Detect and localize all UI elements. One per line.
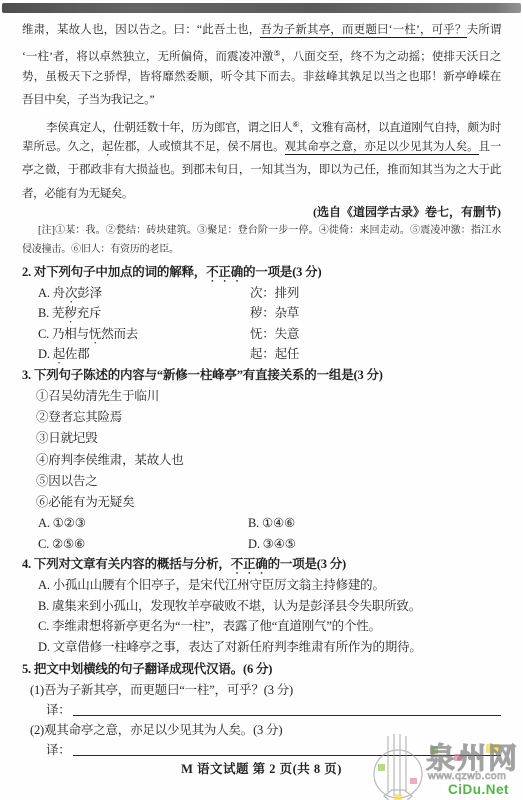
q2-option-explain: 起：起任	[250, 344, 299, 364]
translation-answer-line	[73, 700, 501, 716]
phrase-text: 然而去	[101, 327, 138, 341]
q3-item-3: ③日就圮毁	[22, 428, 501, 449]
classical-passage: 维肃，某故人也，因以告之。曰：“此吾土也，吾为子新其亭，而更题曰‘一柱’，可乎？…	[22, 19, 501, 206]
passage-text: ，八面交至，终不为之动摇；使排天沃日之	[281, 51, 501, 63]
translation-label: 译：	[46, 700, 71, 720]
stem-emphasis: 不正确	[206, 265, 243, 279]
stem-text: 2. 对下列句子中加点的词的解释，	[22, 265, 206, 279]
stem-emphasis: 不正确	[231, 557, 268, 571]
passage-text: ，文雅有高材，以直道刚气自持，颇为时	[300, 122, 501, 134]
phrase-text: D.	[38, 347, 53, 361]
passage-source: (选自《道园学古录》卷七，有删节)	[22, 203, 501, 220]
footnote-marker-6: ⑥	[292, 120, 299, 129]
passage-line: 亭之微，于郡政非有大损益也。到郡未旬日，一知其当为，即以为己任，推而知其当为之大…	[22, 159, 501, 182]
passage-line: 辈所忌。久之，起佐郡，人或愤其不足，侯不屑也。观其命亭之意，亦足以少见其为人矣。…	[22, 136, 501, 159]
stem-text: 的一项是(3 分)	[268, 557, 346, 571]
passage-text: 且一	[479, 141, 502, 153]
passage-line: 李侯真定人，仕朝廷数十年，历为郎官，谓之旧人⑥，文雅有高材，以直道刚气自持，颇为…	[22, 113, 501, 136]
footnote-line: 侵凌撞击。⑥旧人：有资历的老臣。	[22, 241, 501, 260]
q3-item-1: ①召吴幼清先生于临川	[22, 386, 501, 407]
q3-item-4: ④府判李侯维肃，某故人也	[22, 450, 501, 471]
q4-option-b: B. 虞集来到小孤山，发现牧羊亭破败不堪，认为是彭泽县令失职所致。	[22, 596, 501, 617]
passage-text: 者，必能有为无疑矣。	[22, 188, 133, 200]
passage-line: 维肃，某故人也，因以告之。曰：“此吾土也，吾为子新其亭，而更题曰‘一柱’，可乎？…	[22, 19, 501, 42]
underlined-clause-1: 吾为子新其亭，而更题曰‘一柱’，可乎？	[260, 24, 466, 38]
watermark-url: www.qzwb.com	[428, 770, 506, 782]
passage-line: 吾目中矣，子当为我记之。”	[22, 89, 501, 112]
phrase-text: B. 芜	[38, 306, 64, 320]
question-2: 2. 对下列句子中加点的词的解释，不正确的一项是(3 分) A. 舟次彭泽 次：…	[22, 261, 501, 365]
phrase-text: 佐郡	[65, 347, 90, 361]
passage-text: 辈所忌。久之，	[22, 141, 102, 153]
q2-option-phrase: C. 乃相与怃然而去	[38, 327, 138, 341]
question-3: 3. 下列句子陈述的内容与“新修一柱峰亭”有直接关系的一组是(3 分) ①召吴幼…	[22, 364, 501, 555]
q3-item-5: ⑤因以告之	[22, 471, 501, 492]
passage-text: 李侯真定人，仕朝廷数十年，历为郎官，谓之旧人	[46, 122, 292, 134]
passage-text: 夫所谓	[467, 24, 501, 36]
question-4: 4. 下列对文章有关内容的概括与分析，不正确的一项是(3 分) A. 小孤山山腰…	[22, 553, 501, 657]
question-4-stem: 4. 下列对文章有关内容的概括与分析，不正确的一项是(3 分)	[22, 553, 501, 575]
q3-option-c: C. ②⑤⑥	[38, 537, 85, 551]
scan-artifact-strip	[2, 3, 521, 13]
emphasized-char: 怃	[89, 327, 101, 341]
q2-option-explain: 次：排列	[250, 283, 299, 303]
q2-option-b: B. 芜秽充斥 秽：杂草	[22, 303, 501, 323]
q3-item-6: ⑥必能有为无疑矣	[22, 492, 501, 513]
passage-text: 亭之微，于郡政非有大损益也。到郡未旬日，一知其当为，即以为己任，推而知其当为之大…	[22, 164, 501, 176]
passage-line: ‘一柱’者，将以卓然独立，无所偏倚，而震凌冲激⑤，八面交至，终不为之动摇；使排天…	[22, 42, 501, 65]
emphasized-char: 起	[53, 347, 65, 361]
q2-option-explain: 秽：杂草	[250, 303, 299, 323]
q2-option-phrase: A. 舟次彭泽	[38, 286, 102, 300]
q2-option-c: C. 乃相与怃然而去 怃：失意	[22, 324, 501, 344]
translation-row-1: 译：	[22, 700, 501, 720]
underlined-clause-2: 观其命亭之意，亦足以少见其为人矣。	[285, 141, 479, 155]
passage-text: 势，虽极天下之骄悍，皆将靡然委顺，听令其下而去。非兹峰其孰足以当之也耶！新亭峥嵘…	[22, 71, 501, 83]
q4-option-a: A. 小孤山山腰有个旧亭子，是宋代江州守臣厉文翁主持修建的。	[22, 575, 501, 596]
stem-text: 4. 下列对文章有关内容的概括与分析，	[22, 557, 231, 571]
q3-option-b: B. ①④⑥	[248, 513, 295, 534]
quanzhou-net-watermark: 泉州网 www.qzwb.com CiDu.Net	[370, 734, 522, 800]
phrase-text: 充斥	[77, 306, 102, 320]
q2-option-explain: 怃：失意	[250, 324, 299, 344]
q3-options-row-1: A. ①②③ B. ①④⑥	[22, 513, 501, 534]
phrase-text: C. 乃相与	[38, 327, 89, 341]
footnote-line: [注]①某：我。②甃结：砖块建筑。③聚足：登台阶一步一停。④徙倚：来回走动。⑤震…	[22, 222, 501, 241]
q5-sub-question-1: (1)吾为子新其亭，而更题曰“一柱”，可乎？(3 分)	[22, 680, 501, 700]
stem-text: 的一项是(3 分)	[243, 265, 321, 279]
passage-text: 佐郡，人或愤其不足，侯不屑也。	[113, 141, 284, 153]
q4-option-d: D. 文章借修一柱峰亭之事，表达了对新任府判李维肃有所作为的期待。	[22, 637, 501, 658]
emphasized-char: 起	[102, 141, 113, 153]
question-3-stem: 3. 下列句子陈述的内容与“新修一柱峰亭”有直接关系的一组是(3 分)	[22, 364, 501, 386]
footnote-marker-5: ⑤	[273, 49, 281, 58]
quanzhou-logo-icon	[370, 734, 426, 800]
q3-options-row-2: C. ②⑤⑥ D. ③④⑤	[22, 534, 501, 555]
q3-option-d: D. ③④⑤	[248, 534, 296, 555]
q4-option-c: C. 李维肃想将新亭更名为“一柱”，表露了他“直道刚气”的个性。	[22, 616, 501, 637]
emphasized-char: 秽	[64, 306, 76, 320]
footnotes-block: [注]①某：我。②甃结：砖块建筑。③聚足：登台阶一步一停。④徙倚：来回走动。⑤震…	[22, 222, 501, 259]
q3-option-a: A. ①②③	[38, 516, 86, 530]
phrase-text: A. 舟	[38, 286, 65, 300]
question-2-stem: 2. 对下列句子中加点的词的解释，不正确的一项是(3 分)	[22, 261, 501, 283]
emphasized-char: 次	[65, 286, 77, 300]
q2-option-d: D. 起佐郡 起：起任	[22, 344, 501, 364]
question-5-stem: 5. 把文中划横线的句子翻译成现代汉语。(6 分)	[22, 658, 501, 680]
passage-text: 吾目中矣，子当为我记之。”	[22, 94, 154, 106]
q2-option-a: A. 舟次彭泽 次：排列	[22, 283, 501, 303]
watermark-cidu-text: CiDu.Net	[448, 782, 509, 797]
translation-label: 译：	[46, 740, 71, 760]
passage-text: 维肃，某故人也，因以告之。曰：“此吾土也，	[22, 24, 260, 36]
passage-text: ‘一柱’者，将以卓然独立，无所偏倚，而震凌冲激	[22, 51, 273, 63]
phrase-text: 彭泽	[77, 286, 102, 300]
passage-line: 势，虽极天下之骄悍，皆将靡然委顺，听令其下而去。非兹峰其孰足以当之也耶！新亭峥嵘…	[22, 66, 501, 89]
q3-item-2: ②登者忘其险焉	[22, 407, 501, 428]
q2-option-phrase: B. 芜秽充斥	[38, 306, 101, 320]
q2-option-phrase: D. 起佐郡	[38, 347, 90, 361]
exam-paper-page: 维肃，某故人也，因以告之。曰：“此吾土也，吾为子新其亭，而更题曰‘一柱’，可乎？…	[0, 0, 523, 800]
